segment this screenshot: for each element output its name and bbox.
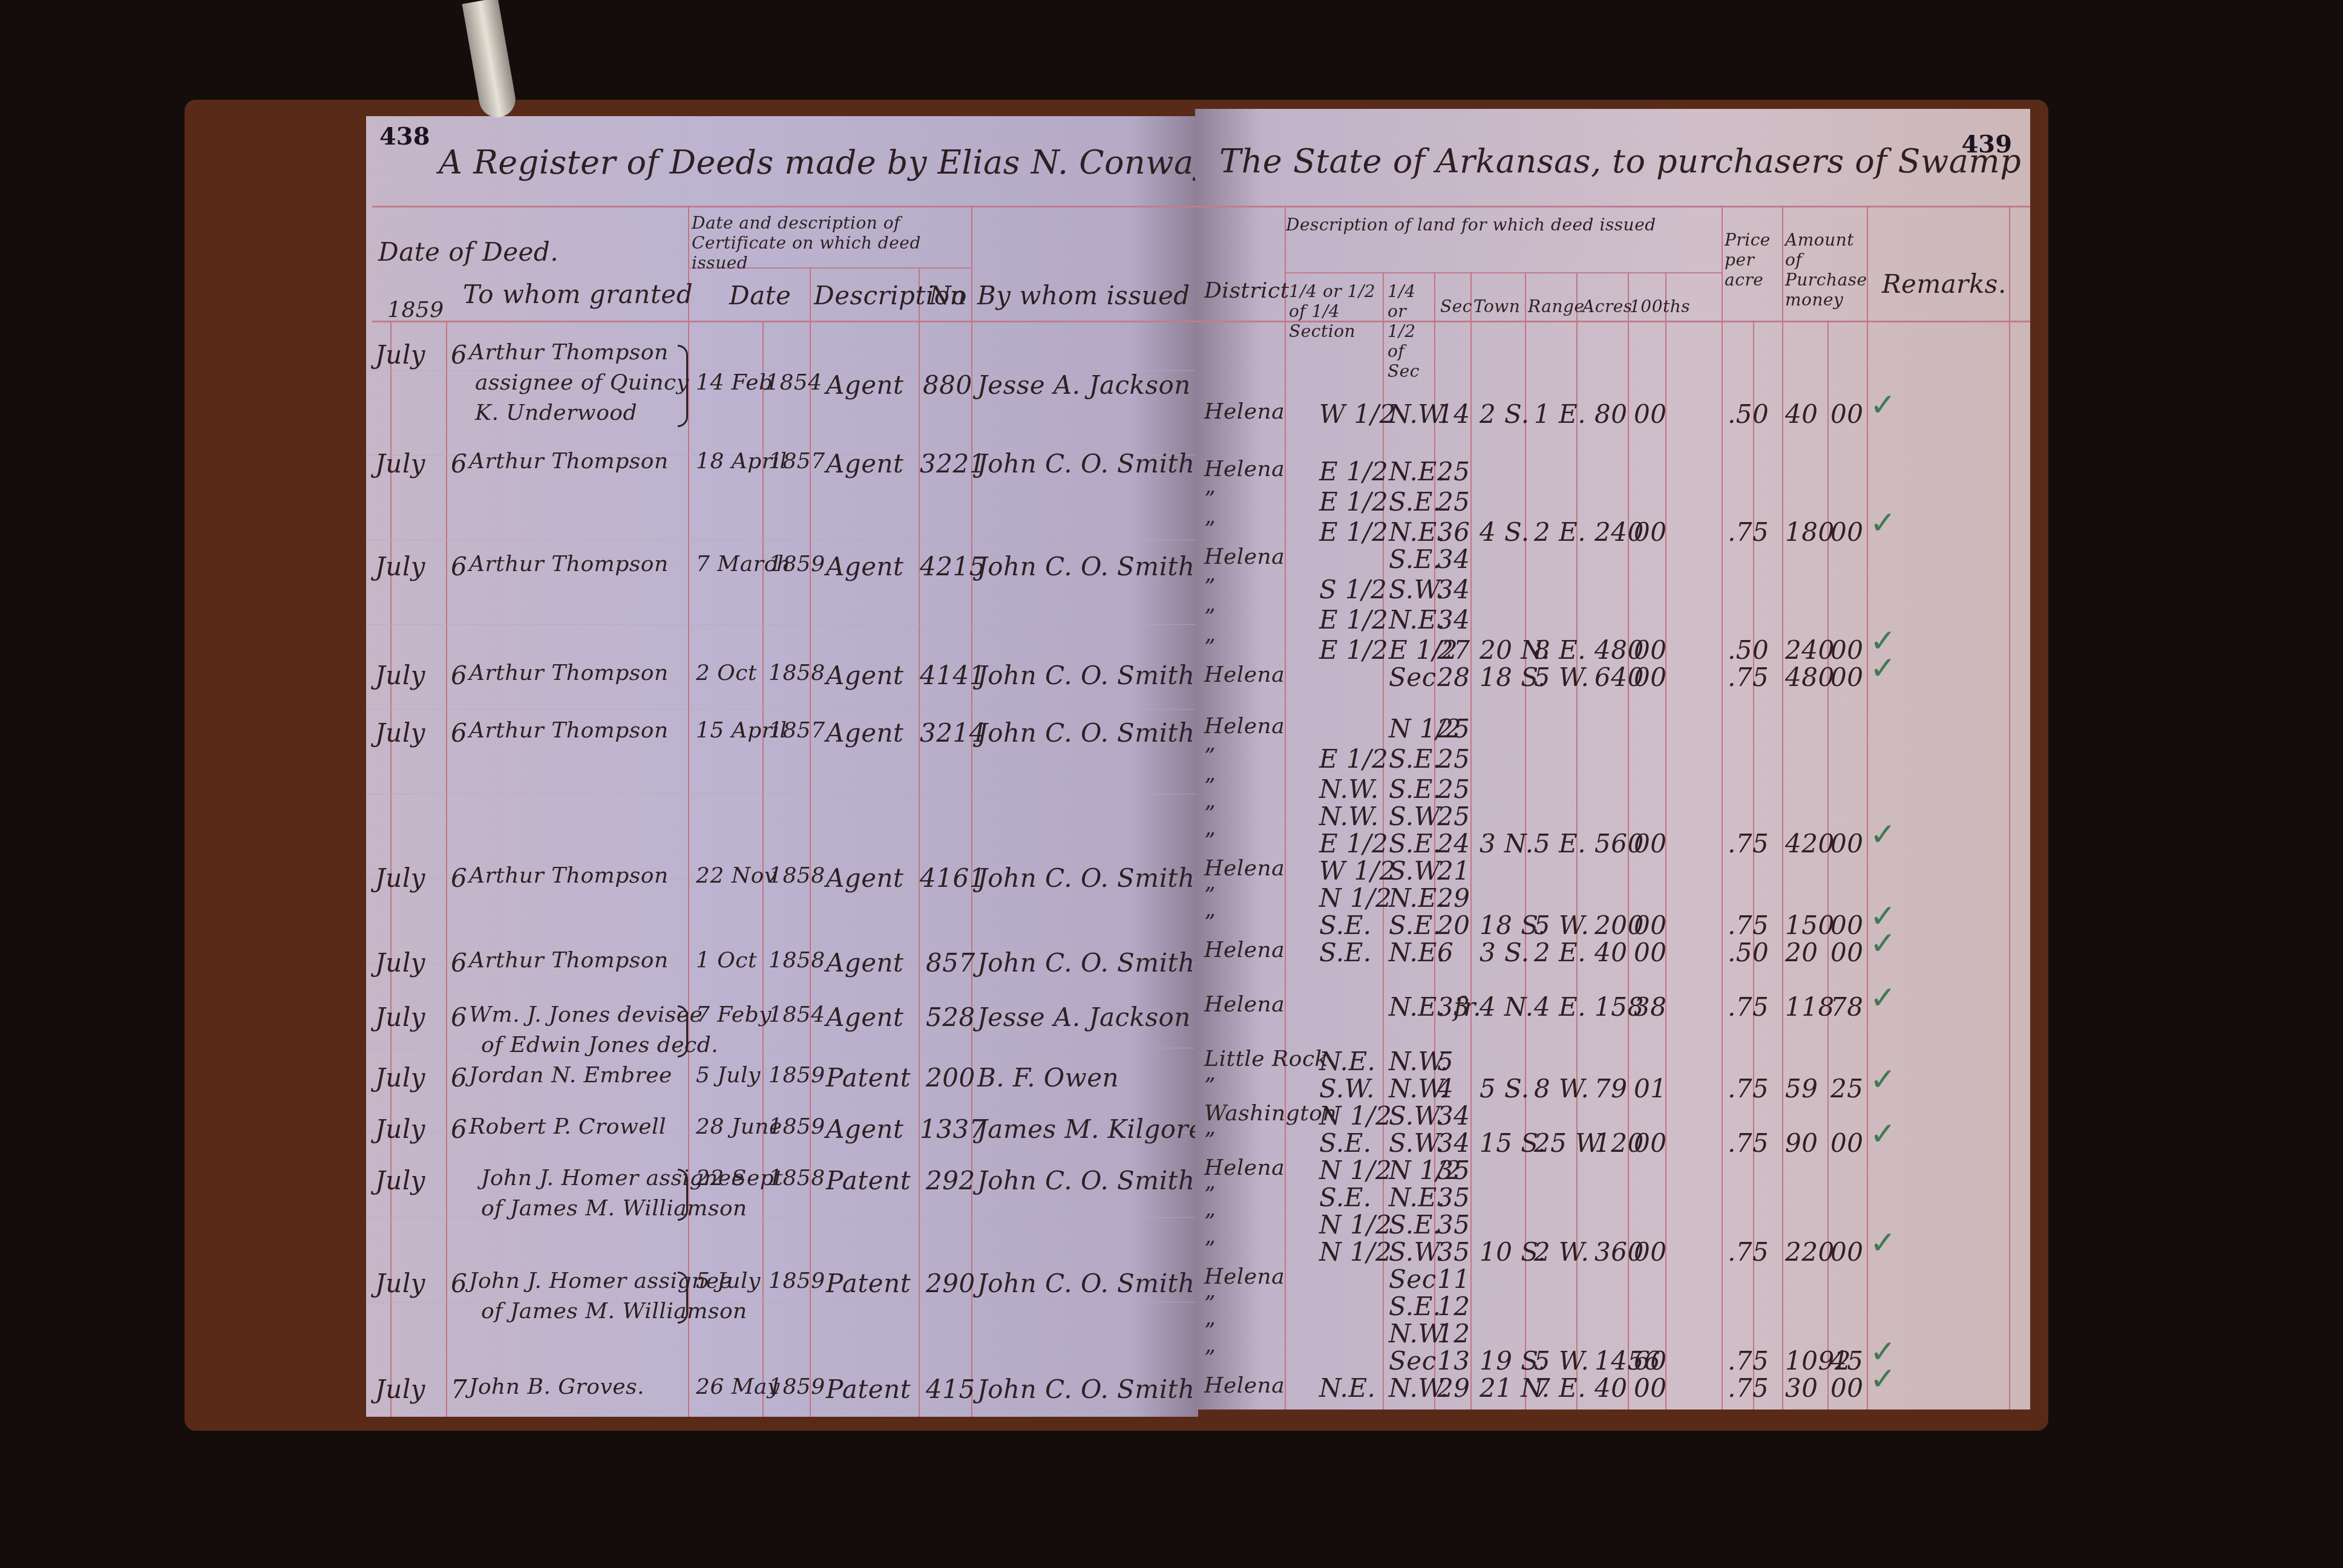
entry-grantee: Wm. J. Jones devisee [469, 1002, 703, 1027]
entry-day: 6 [451, 718, 467, 748]
entry-grantee: Arthur Thompson [469, 449, 669, 474]
entry-no: 528 [926, 1002, 975, 1032]
page-number-left: 438 [379, 122, 430, 151]
entry-month: July [375, 1002, 425, 1032]
land-quarter: S.W. [1389, 1128, 1444, 1158]
header-by-whom-issued: By whom issued [977, 281, 1190, 310]
entry-no: 880 [923, 370, 972, 400]
header-district: District [1204, 278, 1289, 303]
land-quarter: S.W. [1389, 575, 1444, 604]
land-hdths: 00 [1634, 829, 1666, 858]
entry-grantee: Arthur Thompson [469, 948, 669, 973]
land-sec: 25 [1437, 802, 1470, 831]
land-district: Helena [1204, 399, 1285, 424]
entry-cert-year: 1859 [768, 1063, 825, 1088]
entry-day: 6 [451, 1114, 467, 1144]
entry-issued-by: B. F. Owen [977, 1063, 1119, 1093]
land-part: E 1/2 [1319, 829, 1388, 858]
land-sec: 35 [1437, 1237, 1470, 1267]
land-district: ” [1204, 802, 1216, 826]
rule [446, 322, 447, 1417]
entry-cert-date: 22 Nov [696, 863, 777, 888]
land-price: .75 [1728, 1346, 1769, 1376]
entry-cert-year: 1857 [768, 449, 825, 474]
entry-no: 4215 [920, 552, 986, 581]
land-part: S.E. [1319, 1183, 1372, 1212]
land-range: 2 W. [1534, 1237, 1589, 1267]
land-quarter: S.E. [1389, 774, 1441, 804]
entry-day: 6 [451, 1063, 467, 1093]
rule [810, 267, 811, 1417]
check-mark-icon: ✓ [1870, 1225, 1896, 1261]
land-sec: 20 [1437, 910, 1470, 940]
land-price: .75 [1728, 1373, 1769, 1403]
land-part: S.W. [1319, 1074, 1375, 1103]
check-mark-icon: ✓ [1870, 1062, 1896, 1098]
header-date-of-deed: Date of Deed. [378, 237, 559, 267]
land-amount-cents: 00 [1830, 1128, 1863, 1158]
header-hdths: 100ths [1630, 296, 1690, 316]
land-amount-cents: 00 [1830, 938, 1863, 967]
entry-cert-year: 1858 [768, 661, 825, 685]
land-district: ” [1204, 1183, 1216, 1207]
entry-issued-by: John C. O. Smith [977, 661, 1195, 690]
entry-issued-by: John C. O. Smith [977, 718, 1195, 748]
land-range: 1 E. [1534, 399, 1586, 429]
entry-month: July [375, 1374, 425, 1404]
land-hdths: 00 [1634, 1237, 1666, 1267]
entry-grantee: John J. Homer assignee [469, 1269, 732, 1293]
land-part: E 1/2 [1319, 457, 1388, 486]
land-quarter: S.W. [1389, 1101, 1444, 1131]
land-sec: 34 [1437, 575, 1470, 604]
entry-cert-year: 1859 [768, 1269, 825, 1293]
header-quarter: 1/4 or 1/2 of Sec [1388, 281, 1433, 381]
land-sec: 6 [1437, 938, 1453, 967]
entry-grantee: Robert P. Crowell [469, 1114, 666, 1139]
check-mark-icon: ✓ [1870, 980, 1896, 1016]
land-sec: 25 [1437, 487, 1470, 517]
land-part: E 1/2 [1319, 517, 1388, 547]
entry-description: Agent [826, 718, 904, 748]
entry-day: 7 [451, 1374, 467, 1404]
header-cert-date: Date [729, 281, 791, 310]
brace [678, 345, 688, 427]
header-year: 1859 [387, 298, 444, 322]
land-sec: 25 [1437, 714, 1470, 743]
land-sec: 35 [1437, 1183, 1470, 1212]
land-part: W 1/2 [1319, 856, 1396, 886]
land-hdths: 00 [1634, 1128, 1666, 1158]
land-town: 5 S. [1480, 1074, 1530, 1103]
land-amount-cents: 00 [1830, 517, 1863, 547]
entry-month: July [375, 948, 425, 978]
land-sec: 29 [1437, 883, 1470, 913]
header-amount: Amount of Purchase money [1785, 230, 1867, 310]
land-sec: 34 [1437, 1128, 1470, 1158]
entry-grantee: John B. Groves. [469, 1374, 644, 1399]
entry-day: 6 [451, 863, 467, 893]
right-page-title: The State of Arkansas, to purchasers of … [1219, 142, 2030, 180]
land-amount: 220 [1785, 1237, 1835, 1267]
land-district: Helena [1204, 938, 1285, 962]
entry-grantee: of James M. Williamson [481, 1196, 747, 1221]
header-certificate-group: Date and description of Certificate on w… [692, 213, 970, 273]
land-amount: 20 [1785, 938, 1818, 967]
land-range: 7 E. [1534, 1373, 1586, 1403]
entry-no: 1337 [920, 1114, 986, 1144]
land-sec: 27 [1437, 635, 1470, 665]
land-town: 4 N. [1480, 992, 1534, 1022]
land-hdths: 00 [1634, 517, 1666, 547]
land-district: ” [1204, 487, 1216, 512]
land-amount: 40 [1785, 399, 1818, 429]
land-amount-cents: 00 [1830, 910, 1863, 940]
land-town: 3 S. [1480, 938, 1530, 967]
entry-description: Agent [826, 370, 904, 400]
entry-grantee: Arthur Thompson [469, 340, 669, 365]
entry-cert-date: 2 Oct [696, 661, 757, 685]
land-part: N 1/2 [1319, 883, 1392, 913]
land-part: N 1/2 [1319, 1237, 1392, 1267]
land-amount: 420 [1785, 829, 1835, 858]
check-mark-icon: ✓ [1870, 387, 1896, 423]
entry-issued-by: John C. O. Smith [977, 1374, 1195, 1404]
land-amount: 240 [1785, 635, 1835, 665]
land-district: Helena [1204, 1373, 1285, 1398]
header-quarter-section: 1/4 or 1/2 of 1/4 Section [1289, 281, 1380, 341]
land-sec: 34 [1437, 1101, 1470, 1131]
check-mark-icon: ✓ [1870, 1361, 1896, 1397]
entry-month: July [375, 1063, 425, 1093]
entry-cert-year: 1854 [768, 1002, 825, 1027]
entry-no: 857 [926, 948, 975, 978]
land-district: Helena [1204, 544, 1285, 569]
brace [678, 1169, 688, 1221]
land-district: Washington [1204, 1101, 1337, 1126]
header-remarks: Remarks. [1882, 269, 2007, 299]
land-sec: 14 [1437, 399, 1470, 429]
land-town: 4 S. [1480, 517, 1530, 547]
entry-grantee: Arthur Thompson [469, 552, 669, 577]
land-town: 3 N. [1480, 829, 1534, 858]
brace [678, 1005, 688, 1057]
land-quarter: S.E. [1389, 544, 1441, 574]
rule [919, 267, 920, 1417]
land-amount-cents: 00 [1830, 829, 1863, 858]
rule [366, 540, 1198, 540]
left-page: 438 A Register of Deeds made by Elias N.… [366, 116, 1198, 1417]
land-price: .50 [1728, 399, 1769, 429]
entry-issued-by: John C. O. Smith [977, 1269, 1195, 1298]
entry-issued-by: Jesse A. Jackson [977, 1002, 1191, 1032]
land-amount-cents: 00 [1830, 399, 1863, 429]
entry-cert-year: 1859 [768, 1114, 825, 1139]
land-sec: 34 [1437, 544, 1470, 574]
entry-month: July [375, 552, 425, 581]
land-price: .50 [1728, 938, 1769, 967]
land-quarter: S.E. [1389, 829, 1441, 858]
land-district: Helena [1204, 714, 1285, 739]
land-price: .75 [1728, 662, 1769, 692]
entry-description: Patent [826, 1269, 911, 1298]
land-sec: 25 [1437, 744, 1470, 774]
header-range: Range [1528, 296, 1584, 316]
header-to-whom-granted: To whom granted [463, 279, 693, 309]
entry-month: July [375, 1114, 425, 1144]
land-part: E 1/2 [1319, 605, 1388, 635]
rule [1285, 206, 1286, 1410]
land-part: E 1/2 [1319, 487, 1388, 517]
check-mark-icon: ✓ [1870, 817, 1896, 853]
land-district: ” [1204, 575, 1216, 599]
entry-description: Agent [826, 661, 904, 690]
land-part: N 1/2 [1319, 1210, 1392, 1240]
land-range: 5 E. [1534, 829, 1586, 858]
entry-month: July [375, 449, 425, 479]
land-acres: 79 [1594, 1074, 1627, 1103]
entry-cert-date: 1 Oct [696, 948, 757, 973]
entry-day: 6 [451, 1269, 467, 1298]
land-amount: 480 [1785, 662, 1835, 692]
entry-description: Patent [826, 1374, 911, 1404]
entry-no: 290 [926, 1269, 975, 1298]
left-page-title: A Register of Deeds made by Elias N. Con… [439, 143, 1198, 181]
entry-cert-year: 1857 [768, 718, 825, 743]
land-sec: 25 [1437, 457, 1470, 486]
check-mark-icon: ✓ [1870, 650, 1896, 687]
entry-grantee: assignee of Quincy [475, 370, 689, 395]
land-hdths: 00 [1634, 938, 1666, 967]
land-district: ” [1204, 1319, 1216, 1344]
entry-cert-year: 1858 [768, 948, 825, 973]
land-sec: 25 [1437, 774, 1470, 804]
entry-month: July [375, 1166, 425, 1195]
land-district: ” [1204, 1346, 1216, 1371]
land-quarter: S.E. [1389, 744, 1441, 774]
entry-month: July [375, 1269, 425, 1298]
land-part: E 1/2 [1319, 744, 1388, 774]
land-amount: 150 [1785, 910, 1835, 940]
land-district: ” [1204, 605, 1216, 630]
land-amount: 30 [1785, 1373, 1818, 1403]
land-district: Helena [1204, 662, 1285, 687]
rule [366, 709, 1198, 710]
land-range: 5 W. [1534, 910, 1589, 940]
land-quarter: S.E. [1389, 1210, 1441, 1240]
land-quarter: Sec [1389, 1346, 1437, 1376]
land-part: S.E. [1319, 1128, 1372, 1158]
header-sec: Sec [1440, 296, 1472, 316]
header-land-group: Description of land for which deed issue… [1286, 215, 1656, 235]
land-range: 2 E. [1534, 938, 1586, 967]
entry-day: 6 [451, 661, 467, 690]
entry-description: Agent [826, 1002, 904, 1032]
entry-cert-date: 5 July [696, 1063, 761, 1088]
entry-no: 292 [926, 1166, 975, 1195]
land-part: S.E. [1319, 910, 1372, 940]
entry-no: 415 [926, 1374, 975, 1404]
land-district: ” [1204, 883, 1216, 908]
land-price: .75 [1728, 992, 1769, 1022]
land-range: 4 E. [1534, 992, 1586, 1022]
entry-day: 6 [451, 449, 467, 479]
land-part: N.W. [1319, 774, 1379, 804]
entry-no: 4161 [920, 863, 986, 893]
land-amount-cents: 00 [1830, 1237, 1863, 1267]
land-amount-cents: 00 [1830, 1373, 1863, 1403]
entry-no: 4141 [920, 661, 986, 690]
entry-description: Agent [826, 863, 904, 893]
land-range: 2 E. [1534, 517, 1586, 547]
land-quarter: S.E. [1389, 487, 1441, 517]
rule [1722, 206, 1723, 1410]
land-district: ” [1204, 517, 1216, 542]
land-amount: 59 [1785, 1074, 1818, 1103]
land-hdths: 00 [1634, 910, 1666, 940]
entry-grantee: Jordan N. Embree [469, 1063, 672, 1088]
check-mark-icon: ✓ [1870, 505, 1896, 541]
entry-description: Agent [826, 948, 904, 978]
land-town: 2 S. [1480, 399, 1530, 429]
entry-issued-by: Jesse A. Jackson [977, 370, 1191, 400]
entry-cert-year: 1858 [768, 1166, 825, 1191]
entry-grantee: Arthur Thompson [469, 718, 669, 743]
header-town: Town [1473, 296, 1520, 316]
land-price: .75 [1728, 1128, 1769, 1158]
entry-day: 6 [451, 948, 467, 978]
land-district: Little Rock [1204, 1047, 1328, 1071]
land-sec: 11 [1437, 1264, 1470, 1294]
entry-month: July [375, 661, 425, 690]
entry-description: Agent [826, 449, 904, 479]
land-quarter: S.W. [1389, 802, 1444, 831]
land-part: E 1/2 [1319, 635, 1388, 665]
land-hdths: 00 [1634, 662, 1666, 692]
land-amount: 90 [1785, 1128, 1818, 1158]
check-mark-icon: ✓ [1870, 1116, 1896, 1152]
check-mark-icon: ✓ [1870, 926, 1896, 962]
land-amount-cents: 78 [1830, 992, 1863, 1022]
entry-description: Agent [826, 552, 904, 581]
rule [372, 206, 1198, 207]
rule [2009, 206, 2010, 1410]
entry-day: 6 [451, 340, 467, 370]
land-range: 5 W. [1534, 1346, 1589, 1376]
land-price: .75 [1728, 1074, 1769, 1103]
land-district: ” [1204, 829, 1216, 854]
land-amount: 118 [1785, 992, 1835, 1022]
entry-month: July [375, 340, 425, 370]
land-part: W 1/2 [1319, 399, 1396, 429]
land-sec: 12 [1437, 1292, 1470, 1321]
land-district: Helena [1204, 457, 1285, 482]
land-acres: 40 [1594, 938, 1627, 967]
land-sec: 33 [1437, 992, 1470, 1022]
land-sec: 24 [1437, 829, 1470, 858]
land-part: S 1/2 [1319, 575, 1387, 604]
land-quarter: Sec [1389, 662, 1437, 692]
land-district: ” [1204, 635, 1216, 660]
land-hdths: 01 [1634, 1074, 1666, 1103]
entry-grantee: Arthur Thompson [469, 661, 669, 685]
land-district: ” [1204, 1074, 1216, 1099]
land-amount: 180 [1785, 517, 1835, 547]
land-sec: 5 [1437, 1047, 1453, 1076]
rule [366, 794, 1198, 794]
land-sec: 4 [1437, 1074, 1453, 1103]
page-edge-stack [203, 139, 366, 1416]
land-price: .75 [1728, 910, 1769, 940]
entry-issued-by: James M. Kilgore [977, 1114, 1198, 1144]
rule [1195, 206, 2030, 207]
land-amount-cents: 25 [1830, 1074, 1863, 1103]
land-acres: 80 [1594, 399, 1627, 429]
land-price: .75 [1728, 517, 1769, 547]
rule [366, 624, 1198, 625]
land-acres: 40 [1594, 1373, 1627, 1403]
rule [1286, 272, 1722, 273]
entry-no: 200 [926, 1063, 975, 1093]
land-quarter: Sec [1389, 1264, 1437, 1294]
entry-issued-by: John C. O. Smith [977, 1166, 1195, 1195]
entry-month: July [375, 718, 425, 748]
land-part: S.E. [1319, 938, 1372, 967]
right-page: 439 The State of Arkansas, to purchasers… [1195, 109, 2030, 1410]
land-district: ” [1204, 1128, 1216, 1153]
land-district: ” [1204, 744, 1216, 769]
entry-month: July [375, 863, 425, 893]
land-price: .50 [1728, 635, 1769, 665]
land-sec: 28 [1437, 662, 1470, 692]
land-quarter: S.E. [1389, 910, 1441, 940]
land-hdths: 00 [1634, 635, 1666, 665]
land-district: Helena [1204, 992, 1285, 1017]
rule [1782, 206, 1783, 1410]
header-price-per-acre: Price per acre [1725, 230, 1782, 290]
entry-no: 3214 [920, 718, 986, 748]
land-price: .75 [1728, 1237, 1769, 1267]
land-hdths: 00 [1634, 1373, 1666, 1403]
land-district: ” [1204, 774, 1216, 799]
rule [1867, 206, 1868, 1410]
entry-cert-year: 1854 [765, 370, 822, 395]
land-district: ” [1204, 1292, 1216, 1316]
entry-cert-date: 26 May [696, 1374, 780, 1399]
land-sec: 34 [1437, 605, 1470, 635]
land-sec: 21 [1437, 856, 1470, 886]
land-sec: 35 [1437, 1210, 1470, 1240]
rule [1470, 272, 1472, 1410]
header-cert-no: No [929, 281, 967, 310]
entry-description: Patent [826, 1063, 911, 1093]
entry-issued-by: John C. O. Smith [977, 552, 1195, 581]
land-district: Helena [1204, 1264, 1285, 1289]
entry-cert-year: 1859 [768, 1374, 825, 1399]
land-range: 8 W. [1534, 1074, 1589, 1103]
land-sec: 13 [1437, 1346, 1470, 1376]
land-part: N.E. [1319, 1047, 1375, 1076]
land-district: ” [1204, 1237, 1216, 1262]
entry-issued-by: John C. O. Smith [977, 449, 1195, 479]
entry-day: 6 [451, 1002, 467, 1032]
land-sec: 29 [1437, 1373, 1470, 1403]
entry-day: 6 [451, 552, 467, 581]
land-district: Helena [1204, 856, 1285, 881]
land-amount-cents: 00 [1830, 635, 1863, 665]
land-district: ” [1204, 910, 1216, 935]
entry-grantee: K. Underwood [475, 400, 637, 425]
